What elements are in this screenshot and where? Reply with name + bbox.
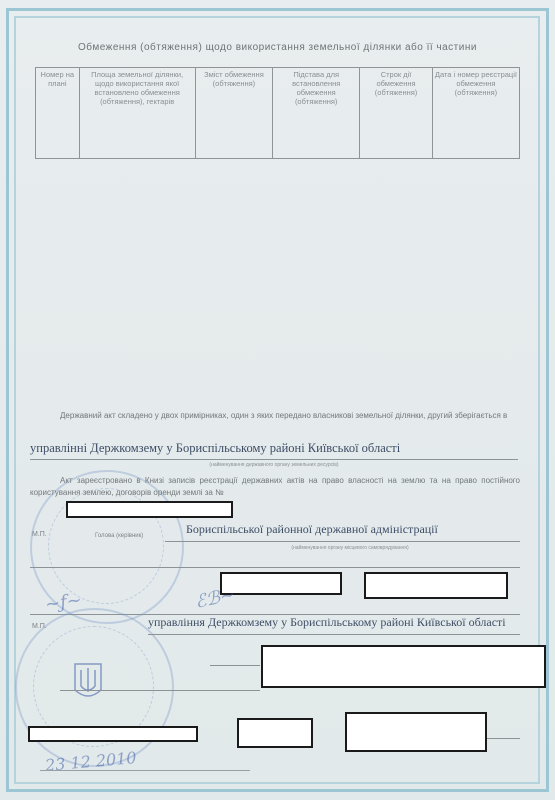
signer-2-name-redacted <box>28 726 198 742</box>
head-label: Голова (керівник) <box>95 533 143 539</box>
dept-line <box>148 634 520 635</box>
signer-1-redacted <box>220 572 342 595</box>
signer-2-line-c <box>487 738 520 739</box>
signer-2-line-b <box>60 690 260 691</box>
admin-line <box>165 541 520 542</box>
signer-1-extra-redacted <box>364 572 508 599</box>
col-basis: Підстава для встановлення обмеження (обт… <box>273 68 360 159</box>
admin-org: Бориспільської районної державної адміні… <box>186 522 438 537</box>
keeper-caption: (найменування державного органу земельни… <box>30 462 518 468</box>
mp-label-2: М.П. <box>32 623 47 630</box>
registration-paragraph: Акт зареєстровано в Книзі записів реєстр… <box>30 475 520 499</box>
col-term: Строк дії обмеження (обтяження) <box>360 68 433 159</box>
col-content: Зміст обмеження (обтяження) <box>195 68 272 159</box>
dept-org: управління Держкомзему у Бориспільському… <box>148 615 506 630</box>
col-plan-number: Номер на плані <box>36 68 80 159</box>
signer-2-extra-redacted <box>345 712 487 752</box>
copies-paragraph: Державний акт складено у двох примірника… <box>30 410 520 422</box>
signer-2-line-a <box>210 665 260 666</box>
col-registration: Дата і номер реєстрації обмеження (обтяж… <box>432 68 519 159</box>
signer-2-position-redacted <box>237 718 313 748</box>
section-title: Обмеження (обтяження) щодо використання … <box>0 42 555 53</box>
date-line <box>40 770 250 771</box>
keeper-org: управлінні Держкомзему у Бориспільському… <box>30 441 400 456</box>
trident-icon <box>72 660 104 702</box>
registration-number-redacted <box>66 501 233 518</box>
admin-caption: (найменування органу місцевого самовряду… <box>200 545 500 551</box>
col-area: Площа земельної ділянки, щодо використан… <box>79 68 195 159</box>
signature-line-1 <box>30 567 520 568</box>
keeper-line <box>30 459 518 460</box>
encumbrance-table: Номер на плані Площа земельної ділянки, … <box>35 67 520 159</box>
signer-2-title-redacted <box>261 645 546 688</box>
mp-label-1: М.П. <box>32 531 47 538</box>
